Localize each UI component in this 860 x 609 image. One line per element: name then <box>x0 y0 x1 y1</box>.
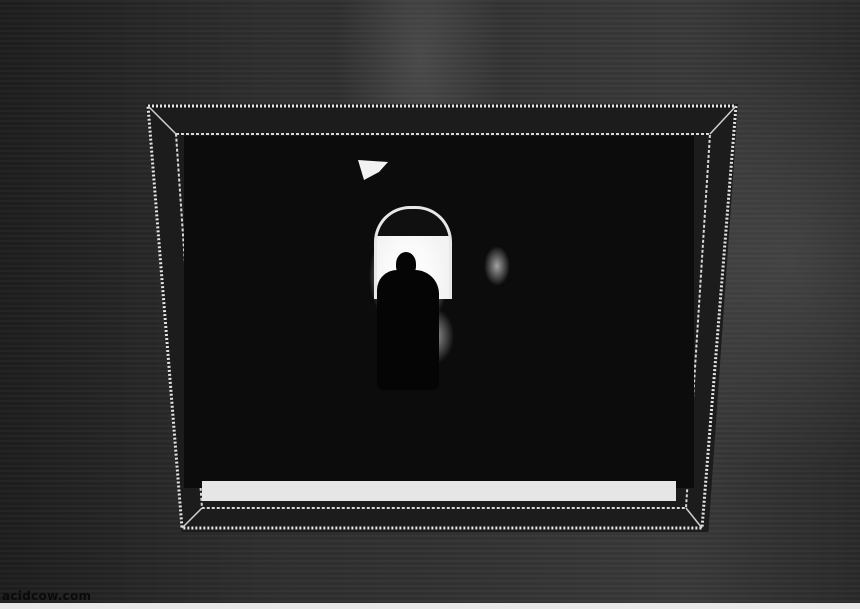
frame-mat-strip <box>202 481 676 501</box>
watermark: acidcow.com <box>2 589 91 603</box>
ceiling-lamp <box>358 160 388 180</box>
bottom-border <box>0 603 860 609</box>
distant-light <box>484 246 510 286</box>
framed-photograph <box>184 136 694 488</box>
silhouette-figure <box>377 270 439 390</box>
silhouette-head <box>396 252 416 276</box>
